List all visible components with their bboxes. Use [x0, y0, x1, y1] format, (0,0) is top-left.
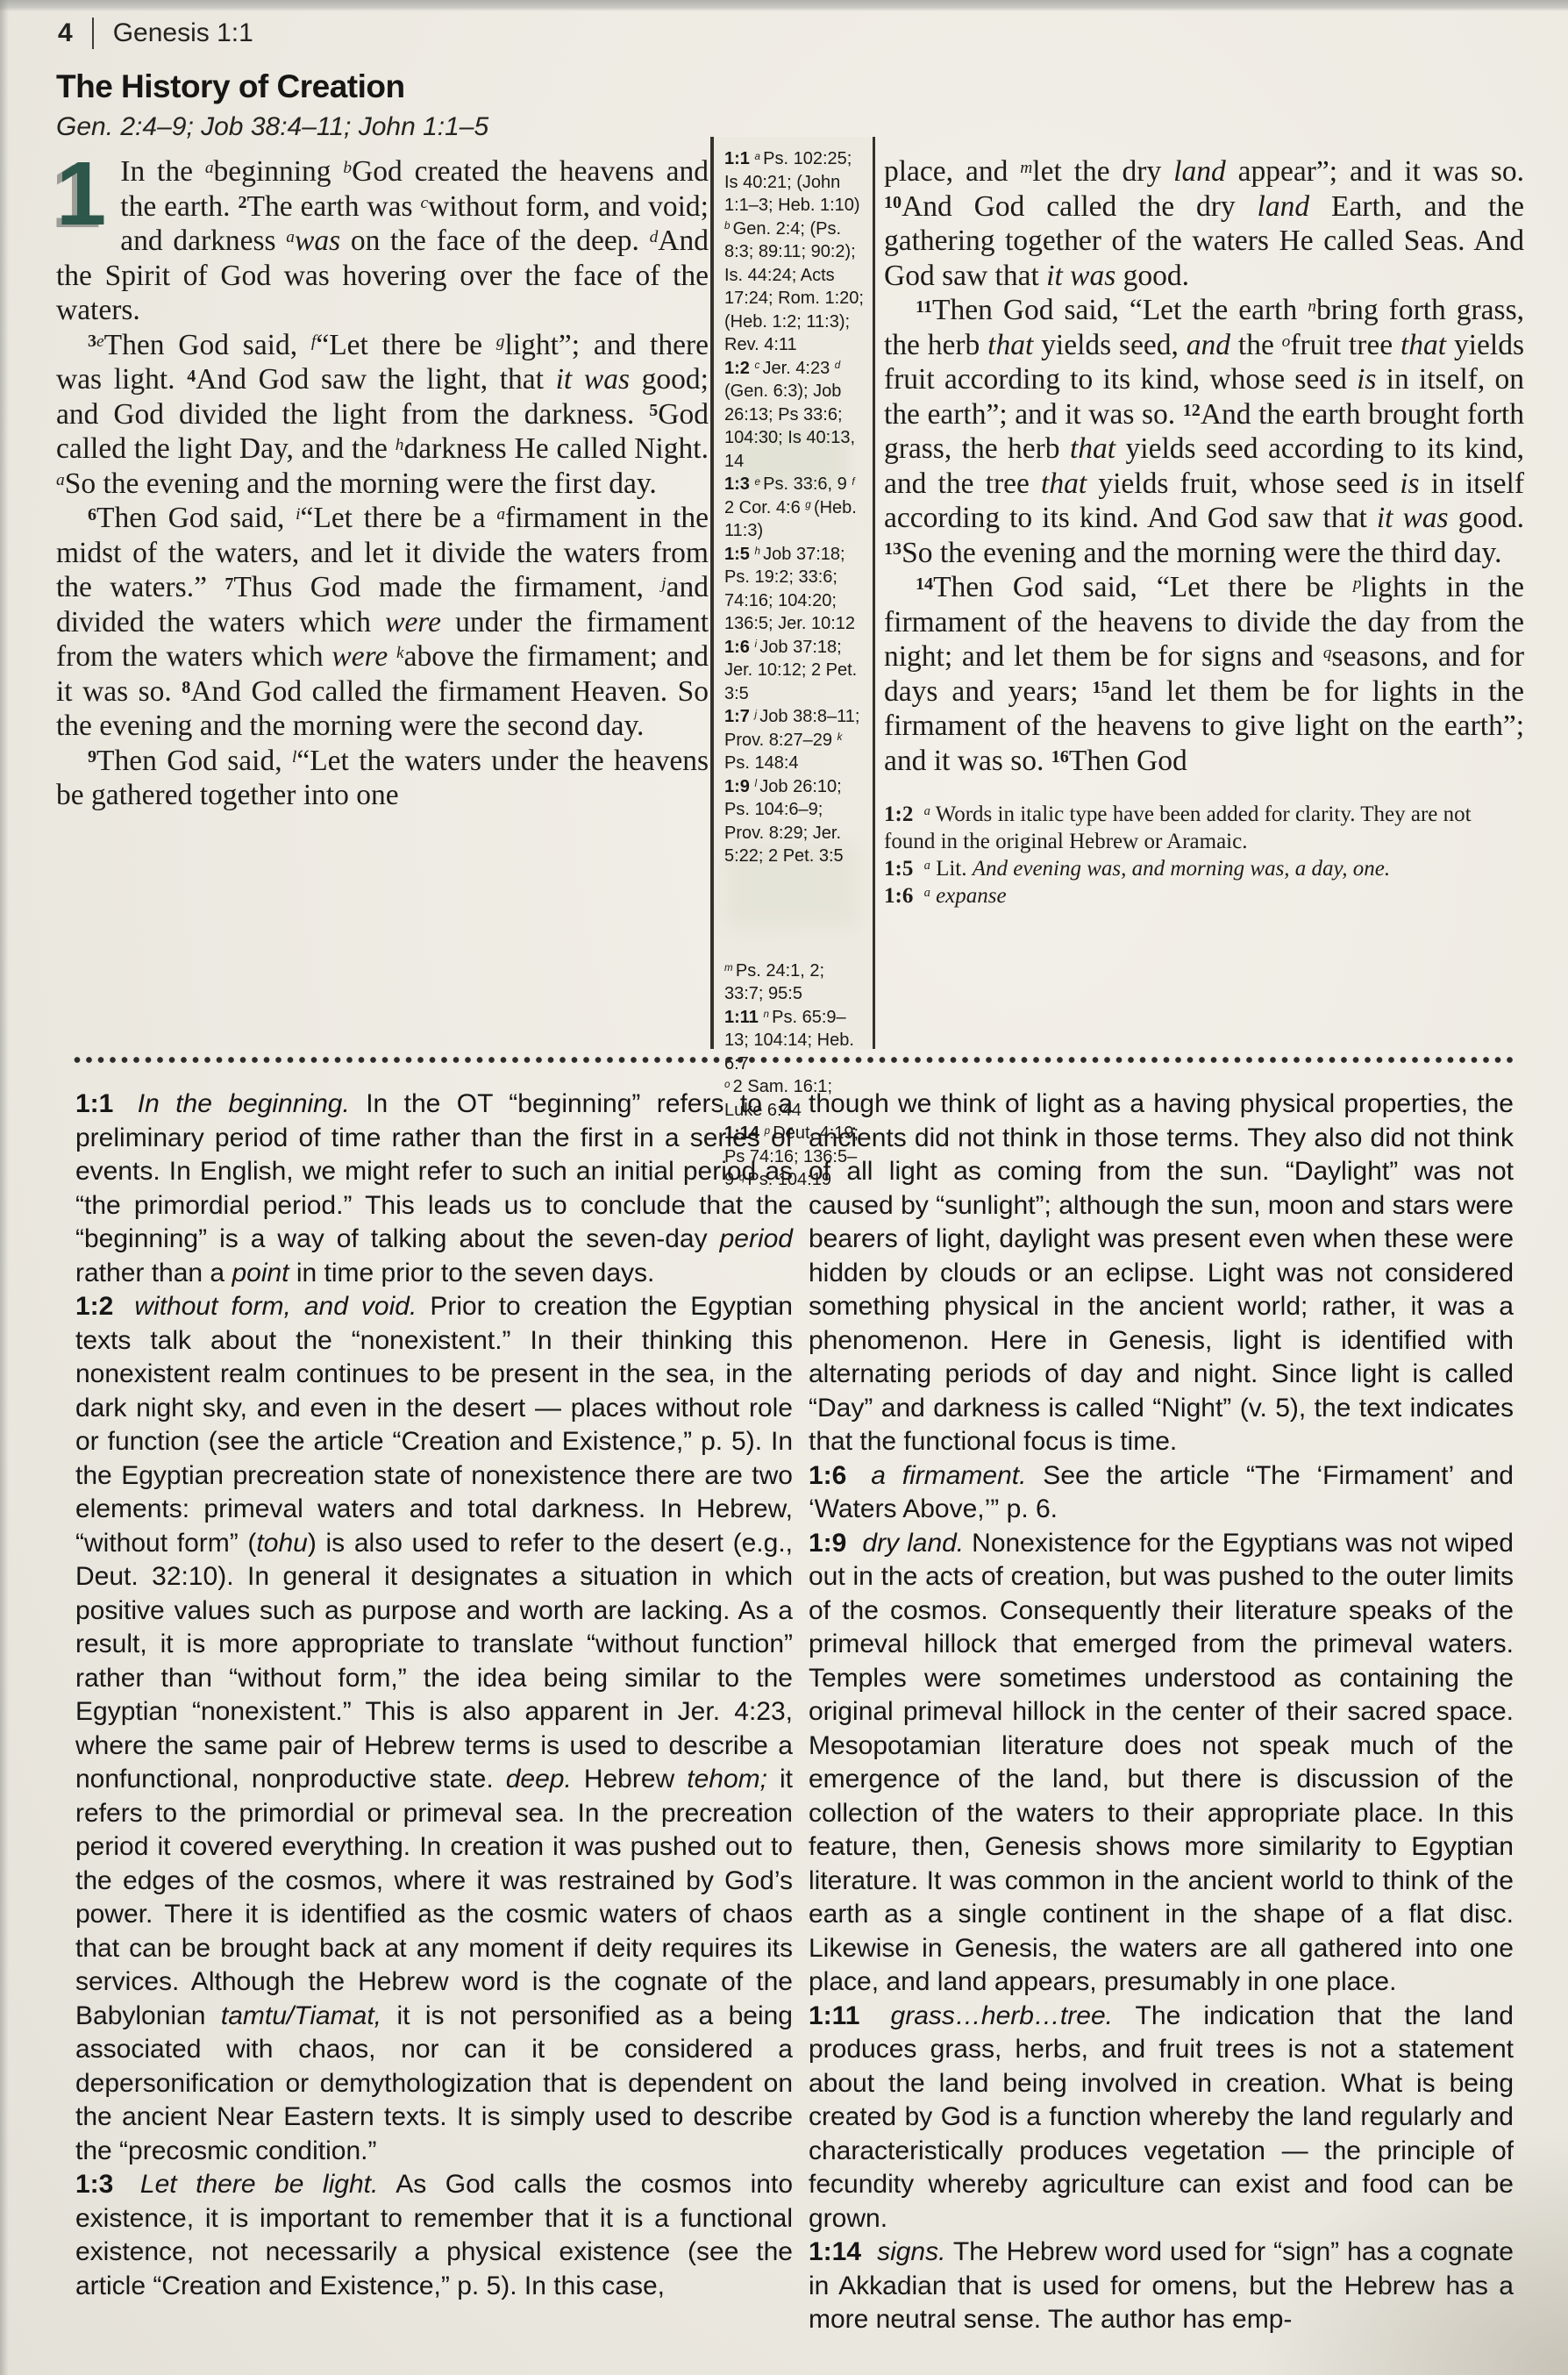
- study-notes-left-column: 1:1 In the beginning. In the OT “beginni…: [75, 1088, 793, 2303]
- translation-footnotes: 1:2 a Words in italic type have been add…: [884, 801, 1524, 909]
- bible-paragraph: 1In the abeginning bGod created the heav…: [56, 154, 709, 328]
- translation-footnote: 1:2 a Words in italic type have been add…: [884, 801, 1524, 855]
- cross-reference-entry: 1:11 n Ps. 65:9–13; 104:14; Heb. 6:7: [724, 1006, 866, 1076]
- study-note: 1:9 dry land. Nonexistence for the Egypt…: [809, 1527, 1514, 2000]
- study-note: 1:3 Let there be light. As God calls the…: [75, 2168, 793, 2303]
- translation-footnote: 1:6 a expanse: [884, 882, 1524, 909]
- bible-verse-text: In the abeginning bGod created the heave…: [56, 155, 709, 326]
- study-note: 1:2 without form, and void. Prior to cre…: [75, 1290, 793, 2168]
- study-note: though we think of light as a having phy…: [809, 1088, 1514, 1459]
- bible-paragraph: 9Then God said, l“Let the waters under t…: [56, 744, 709, 813]
- running-head: 4 Genesis 1:1: [58, 18, 253, 49]
- parallel-passage-references: Gen. 2:4–9; Job 38:4–11; John 1:1–5: [56, 112, 488, 142]
- cross-reference-entry: 1:9 l Job 26:10; Ps. 104:6–9; Prov. 8:29…: [724, 775, 866, 868]
- study-note: 1:11 grass…herb…tree. The indication tha…: [809, 2000, 1514, 2236]
- translation-footnote: 1:5 a Lit. And evening was, and morning …: [884, 855, 1524, 882]
- study-note: 1:6 a firmament. See the article “The ‘F…: [809, 1459, 1514, 1527]
- bible-paragraph: 6Then God said, i“Let there be a afirmam…: [56, 501, 709, 744]
- bible-text-right-column: place, and mlet the dry land appear”; an…: [884, 154, 1524, 909]
- cross-reference-entry: 1:6 i Job 37:18; Jer. 10:12; 2 Pet. 3:5: [724, 636, 866, 706]
- scan-edge-top: [0, 0, 1568, 11]
- bible-paragraph: 11Then God said, “Let the earth nbring f…: [884, 293, 1524, 570]
- header-divider-bar: [92, 18, 94, 49]
- bible-text-left-column: 1In the abeginning bGod created the heav…: [56, 154, 709, 813]
- bible-paragraph: 14Then God said, “Let there be plights i…: [884, 570, 1524, 778]
- bible-paragraph: 3eThen God said, f“Let there be glight”;…: [56, 328, 709, 502]
- study-notes-right-column: though we think of light as a having phy…: [809, 1088, 1514, 2337]
- bible-paragraph: place, and mlet the dry land appear”; an…: [884, 154, 1524, 293]
- cross-reference-gap: [724, 868, 866, 959]
- cross-reference-column: 1:1 a Ps. 102:25; Is 40:21; (John 1:1–3;…: [710, 137, 875, 1049]
- cross-reference-entry: 1:3 e Ps. 33:6, 9 f 2 Cor. 4:6 g (Heb. 1…: [724, 473, 866, 543]
- running-head-reference: Genesis 1:1: [113, 18, 253, 48]
- dotted-section-divider: [74, 1056, 1515, 1064]
- cross-reference-entry: m Ps. 24:1, 2; 33:7; 95:5: [724, 959, 866, 1006]
- cross-reference-entry: 1:1 a Ps. 102:25; Is 40:21; (John 1:1–3;…: [724, 147, 866, 357]
- cross-reference-entry: 1:5 h Job 37:18; Ps. 19:2; 33:6; 74:16; …: [724, 543, 866, 636]
- page-number: 4: [58, 18, 73, 48]
- chapter-number-dropcap: 1: [56, 159, 106, 228]
- section-title: The History of Creation: [56, 68, 405, 105]
- study-note: 1:14 signs. The Hebrew word used for “si…: [809, 2236, 1514, 2337]
- cross-reference-entry: 1:7 j Job 38:8–11; Prov. 8:27–29 k Ps. 1…: [724, 705, 866, 775]
- study-bible-page: 4 Genesis 1:1 The History of Creation Ge…: [0, 0, 1568, 2375]
- cross-reference-entry: 1:2 c Jer. 4:23 d (Gen. 6:3); Job 26:13;…: [724, 357, 866, 474]
- study-note: 1:1 In the beginning. In the OT “beginni…: [75, 1088, 793, 1290]
- scan-edge-left: [0, 0, 9, 2375]
